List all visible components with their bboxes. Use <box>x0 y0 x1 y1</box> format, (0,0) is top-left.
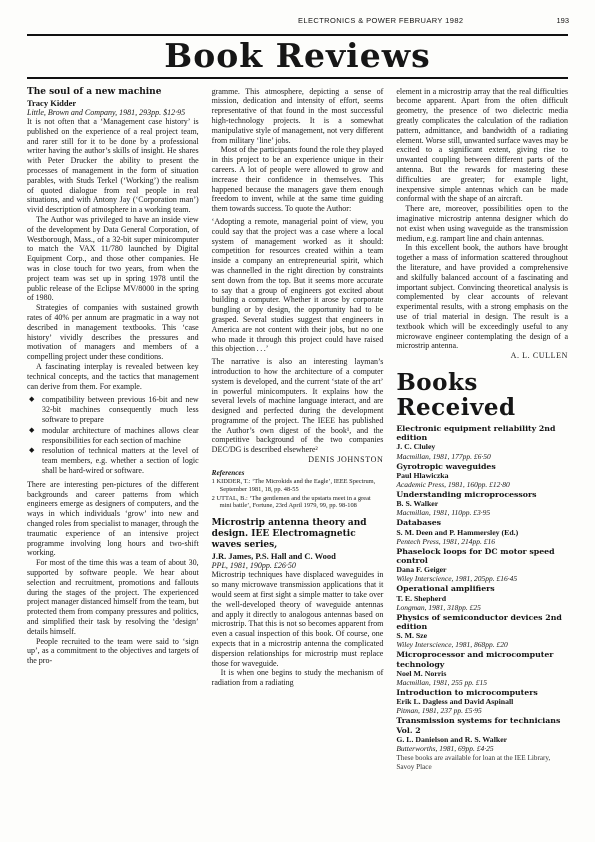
paragraph: A fascinating interplay is revealed betw… <box>27 362 199 391</box>
paragraph: There are, moreover, possibilities open … <box>396 204 568 243</box>
diamond-bullet-icon: ◆ <box>29 395 34 405</box>
books-received-heading: Books Received <box>396 370 568 420</box>
review-author: Tracy Kidder <box>27 98 199 108</box>
book-author: Erik L. Dagless and David Aspinall <box>396 697 568 706</box>
column-middle: gramme. This atmosphere, depicting a sen… <box>212 87 384 772</box>
book-imprint: Macmillan, 1981, 110pp. £3·95 <box>396 508 568 517</box>
references-block: References 1 KIDDER, T.: ‘The Microkids … <box>212 470 384 510</box>
book-title: Gyrotropic waveguides <box>396 462 568 471</box>
book-author: Paul Hlawiczka <box>396 471 568 480</box>
diamond-bullet-icon: ◆ <box>29 446 34 456</box>
paragraph: element in a microstrip array that the r… <box>396 87 568 205</box>
paragraph: People recruited to the team were said t… <box>27 637 199 666</box>
review-title: Microstrip antenna theory and design. IE… <box>212 518 384 551</box>
bullet-text: resolution of technical matters at the l… <box>42 446 199 475</box>
book-title: Microprocessor and microcomputer technol… <box>396 650 568 668</box>
book-imprint: Wiley Interscience, 1981, 868pp. £20 <box>396 640 568 649</box>
book-title: Transmission systems for technicians Vol… <box>396 716 568 734</box>
journal-title: ELECTRONICS & POWER FEBRUARY 1982 <box>298 16 463 25</box>
book-entry: Understanding microprocessors B. S. Walk… <box>396 490 568 517</box>
paragraph: It is not often that a ‘Management case … <box>27 117 199 215</box>
book-imprint: Macmillan, 1981, 255 pp. £15 <box>396 678 568 687</box>
paragraph: The Author was privileged to have an ins… <box>27 215 199 303</box>
paragraph: gramme. This atmosphere, depicting a sen… <box>212 87 384 146</box>
book-author: B. S. Walker <box>396 499 568 508</box>
book-entry: Phaselock loops for DC motor speed contr… <box>396 547 568 584</box>
book-title: Physics of semiconductor devices 2nd edi… <box>396 613 568 631</box>
review-imprint: Little, Brown and Company, 1981, 293pp. … <box>27 108 199 118</box>
reviewer-signature: A. L. CULLEN <box>396 351 568 361</box>
bullet-text: modular architecture of machines allows … <box>42 426 199 445</box>
book-entry: Databases S. M. Deen and P. Hammersley (… <box>396 518 568 545</box>
review-heading-block: Microstrip antenna theory and design. IE… <box>212 518 384 571</box>
book-entry: Introduction to microcomputers Erik L. D… <box>396 688 568 715</box>
review-title: The soul of a new machine <box>27 87 199 98</box>
book-title: Phaselock loops for DC motor speed contr… <box>396 547 568 565</box>
references-heading: References <box>212 470 384 478</box>
book-imprint: Butterworths, 1981, 69pp. £4·25 <box>396 744 568 753</box>
column-left: The soul of a new machine Tracy Kidder L… <box>27 87 199 772</box>
book-imprint: Wiley Interscience, 1981, 205pp. £16·45 <box>396 574 568 583</box>
book-entry: Gyrotropic waveguides Paul Hlawiczka Aca… <box>396 462 568 489</box>
book-title: Databases <box>396 518 568 527</box>
bullet-item: ◆ modular architecture of machines allow… <box>27 426 199 446</box>
book-author: S. M. Deen and P. Hammersley (Ed.) <box>396 528 568 537</box>
column-right: element in a microstrip array that the r… <box>396 87 568 772</box>
book-author: T. E. Shepherd <box>396 594 568 603</box>
book-entry: Operational amplifiers T. E. Shepherd Lo… <box>396 584 568 611</box>
book-title: Operational amplifiers <box>396 584 568 593</box>
book-title: Electronic equipment reliability 2nd edi… <box>396 424 568 442</box>
reference-item: 2 UTTAL, B.: ‘The gentlemen and the upst… <box>212 495 384 510</box>
book-entry: Electronic equipment reliability 2nd edi… <box>396 424 568 461</box>
book-title: Understanding microprocessors <box>396 490 568 499</box>
page-number: 193 <box>556 16 569 25</box>
column-layout: The soul of a new machine Tracy Kidder L… <box>0 79 595 772</box>
book-author: S. M. Sze <box>396 631 568 640</box>
magazine-page: ELECTRONICS & POWER FEBRUARY 1982 193 Bo… <box>0 0 595 842</box>
paragraph: In this excellent book, the authors have… <box>396 243 568 351</box>
book-imprint: Pitman, 1981, 237 pp. £5·95 <box>396 706 568 715</box>
reference-item: 1 KIDDER, T.: ‘The Microkids and the Eag… <box>212 478 384 493</box>
book-title: Introduction to microcomputers <box>396 688 568 697</box>
bullet-item: ◆ compatibility between previous 16-bit … <box>27 395 199 424</box>
paragraph: For most of the time this was a team of … <box>27 558 199 636</box>
paragraph: There are interesting pen-pictures of th… <box>27 480 199 558</box>
book-author: Noel M. Norris <box>396 669 568 678</box>
review-imprint: PPL, 1981, 190pp. £26·50 <box>212 561 384 571</box>
bullet-list: ◆ compatibility between previous 16-bit … <box>27 395 199 475</box>
book-imprint: Macmillan, 1981, 177pp. £6·50 <box>396 452 568 461</box>
book-author: G. L. Danielson and R. S. Walker <box>396 735 568 744</box>
book-imprint: Academic Press, 1981, 160pp. £12·80 <box>396 480 568 489</box>
page-title: Book Reviews <box>0 38 595 74</box>
book-imprint: Pentech Press, 1981, 214pp. £16 <box>396 537 568 546</box>
book-author: J. C. Cluley <box>396 442 568 451</box>
book-entry: Microprocessor and microcomputer technol… <box>396 650 568 687</box>
paragraph: Microstrip techniques have displaced wav… <box>212 570 384 668</box>
paragraph: The narrative is also an interesting lay… <box>212 357 384 455</box>
book-entry: Physics of semiconductor devices 2nd edi… <box>396 613 568 650</box>
reviewer-signature: DENIS JOHNSTON <box>212 455 384 465</box>
bullet-text: compatibility between previous 16-bit an… <box>42 395 199 424</box>
paragraph: Most of the participants found the role … <box>212 145 384 214</box>
book-author: Dana F. Geiger <box>396 565 568 574</box>
book-entry: Transmission systems for technicians Vol… <box>396 716 568 753</box>
book-imprint: Longman, 1981, 318pp. £25 <box>396 603 568 612</box>
quote-paragraph: ‘Adopting a remote, managerial point of … <box>212 217 384 354</box>
bullet-item: ◆ resolution of technical matters at the… <box>27 446 199 475</box>
footer-note: These books are available for loan at th… <box>396 754 568 772</box>
diamond-bullet-icon: ◆ <box>29 426 34 436</box>
page-header: ELECTRONICS & POWER FEBRUARY 1982 193 <box>0 0 595 34</box>
paragraph: Strategies of companies with sustained g… <box>27 303 199 362</box>
review-author: J.R. James, P.S. Hall and C. Wood <box>212 551 384 561</box>
paragraph: It is when one begins to study the mecha… <box>212 668 384 688</box>
